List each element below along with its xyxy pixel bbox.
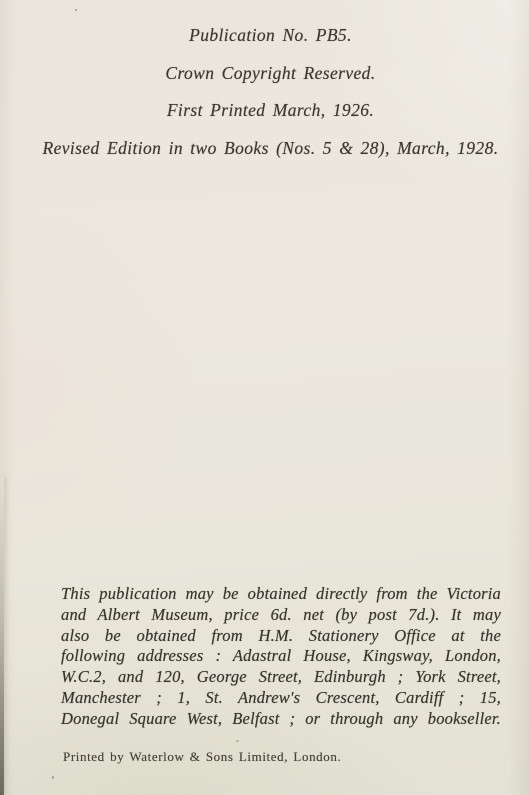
first-printed-line: First Printed March, 1926. — [12, 100, 529, 120]
notice-line: following addresses : Adastral House, Ki… — [61, 646, 501, 667]
notice-line: also be obtained from H.M. Stationery Of… — [61, 626, 501, 647]
book-colophon-page: Publication No. PB5. Crown Copyright Res… — [0, 0, 529, 795]
copyright-line: Crown Copyright Reserved. — [12, 63, 529, 83]
notice-line: This publication may be obtained directl… — [61, 584, 501, 605]
notice-line: W.C.2, and 120, George Street, Edinburgh… — [61, 667, 501, 688]
notice-line: and Albert Museum, price 6d. net (by pos… — [61, 605, 501, 626]
revised-edition-line: Revised Edition in two Books (Nos. 5 & 2… — [12, 138, 529, 158]
publication-number-line: Publication No. PB5. — [12, 25, 529, 45]
paper-speck — [236, 740, 239, 742]
paper-speck — [52, 776, 55, 780]
page-gutter-shadow — [0, 477, 4, 795]
availability-notice: This publication may be obtained directl… — [61, 584, 501, 730]
notice-line: Donegal Square West, Belfast ; or throug… — [61, 709, 501, 730]
printer-imprint: Printed by Waterlow & Sons Limited, Lond… — [63, 749, 341, 765]
paper-speck — [75, 9, 77, 11]
notice-line: Manchester ; 1, St. Andrew's Crescent, C… — [61, 688, 501, 709]
